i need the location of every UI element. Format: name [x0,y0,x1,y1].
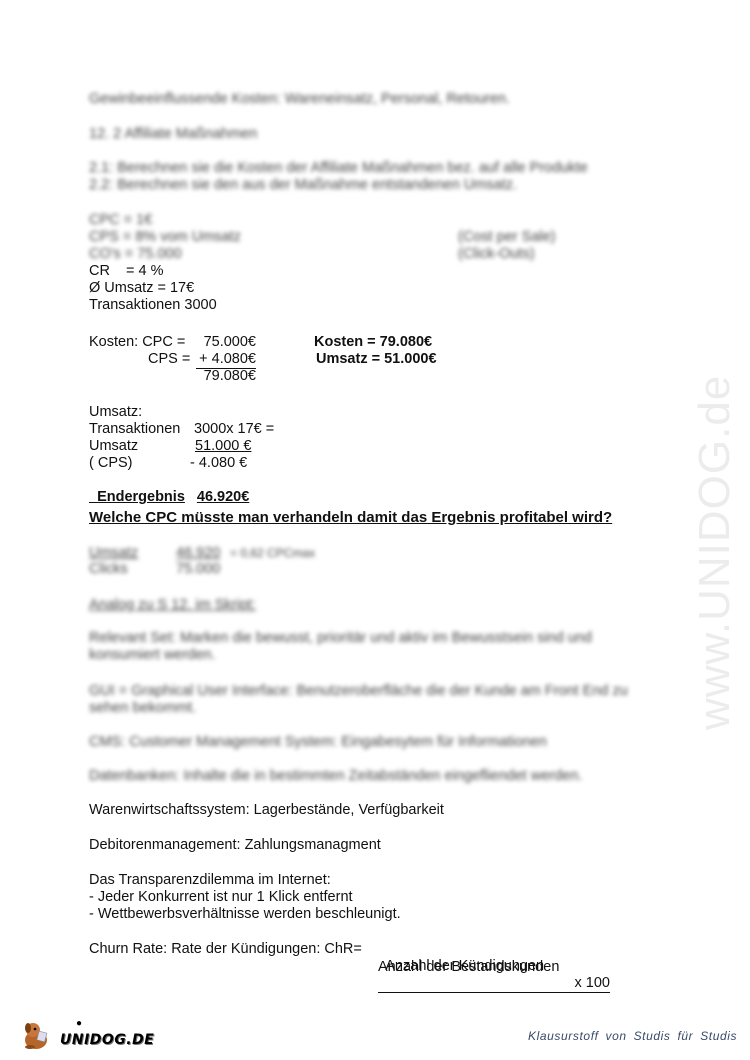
analog-note: Analog zu S 12. im Skript: [89,597,256,614]
definition-line: Datenbanken: Inhalte die in bestimmten Z… [89,768,582,785]
given-avg-umsatz: Ø Umsatz = 17€ [89,280,194,297]
definition-wws: Warenwirtschaftssystem: Lagerbestände, V… [89,802,444,819]
summary-umsatz: Umsatz = 51.000€ [316,351,437,368]
dog-icon [22,1020,52,1050]
umsatz-row3-value: - 4.080 € [190,455,247,472]
endergebnis-label: Endergebnis [97,489,185,505]
watermark: www.UNIDOG.de [690,375,740,730]
kosten-label: Kosten: CPC = [89,334,185,351]
transparenz-point-1: - Jeder Konkurrent ist nur 1 Klick entfe… [89,889,353,906]
churn-label: Churn Rate: Rate der Kündigungen: ChR= [89,941,362,958]
umsatz-row3-label: ( CPS) [89,455,133,472]
given-cpc: CPC = 1€ [89,212,152,229]
churn-factor: x 100 [575,975,610,992]
kosten-cpc-value: 75.000€ [190,334,256,351]
given-cos-note: (Click-Outs) [458,246,535,263]
blurred-line: Gewinbeeinflussende Kosten: Wareneinsatz… [89,91,510,108]
given-cps-note: (Cost per Sale) [458,229,556,246]
definition-line: GUI = Graphical User Interface: Benutzer… [89,683,628,700]
task-1: 2.1: Berechnen sie die Kosten der Affili… [89,160,588,177]
unidog-logo: ● UNIDOG.DE [22,1018,152,1052]
given-transaktionen: Transaktionen 3000 [89,297,217,314]
kosten-total: 79.080€ [190,368,256,385]
answer-row2-value: 75.000 [176,561,220,578]
umsatz-row2-value: 51.000 € [195,438,251,455]
definition-line: CMS: Customer Management System: Eingabe… [89,734,547,751]
definition-debitoren: Debitorenmanagement: Zahlungsmanagment [89,837,381,854]
umsatz-row1-value: 3000x 17€ = [194,421,274,438]
transparenz-point-2: - Wettbewerbsverhältnisse werden beschle… [89,906,401,923]
given-cps: CPS = 8% vom Umsatz [89,229,241,246]
kosten-cps-label: CPS = [148,351,190,368]
logo-text: UNIDOG.DE [60,1032,154,1048]
section-title: 12. 2 Affiliate Maßnahmen [89,126,257,143]
given-cos: CO's = 75.000 [89,246,182,263]
definition-line: konsumiert werden. [89,647,216,664]
answer-row1-value: 46.920 [176,545,220,562]
summary-kosten: Kosten = 79.080€ [314,334,432,351]
endergebnis-value: 46.920€ [197,489,249,505]
paw-icon: ● [76,1018,82,1029]
footer-tagline: Klausurstoff von Studis für Studis [528,1029,737,1043]
umsatz-row1-label: Transaktionen [89,421,180,438]
endergebnis-row: Endergebnis46.920€ [89,472,253,506]
answer-row1-result: = 0,62 CPCmax [230,545,315,562]
transparenz-title: Das Transparenzdilemma im Internet: [89,872,331,889]
umsatz-row2-label: Umsatz [89,438,138,455]
kosten-cps-value: + 4.080€ [196,351,256,369]
churn-denominator: Anzahl der Bestandskunden [378,959,559,976]
task-2: 2.2: Berechnen sie den aus der Maßnahme … [89,177,517,194]
definition-line: sehen bekommt. [89,700,196,717]
umsatz-heading: Umsatz: [89,404,142,421]
given-cr: CR = 4 % [89,263,164,280]
answer-row1-label: Umsatz [89,545,138,562]
question-heading: Welche CPC müsste man verhandeln damit d… [89,509,612,526]
answer-row2-label: Clicks [89,561,128,578]
definition-line: Relevant Set: Marken die bewusst, priori… [89,630,592,647]
